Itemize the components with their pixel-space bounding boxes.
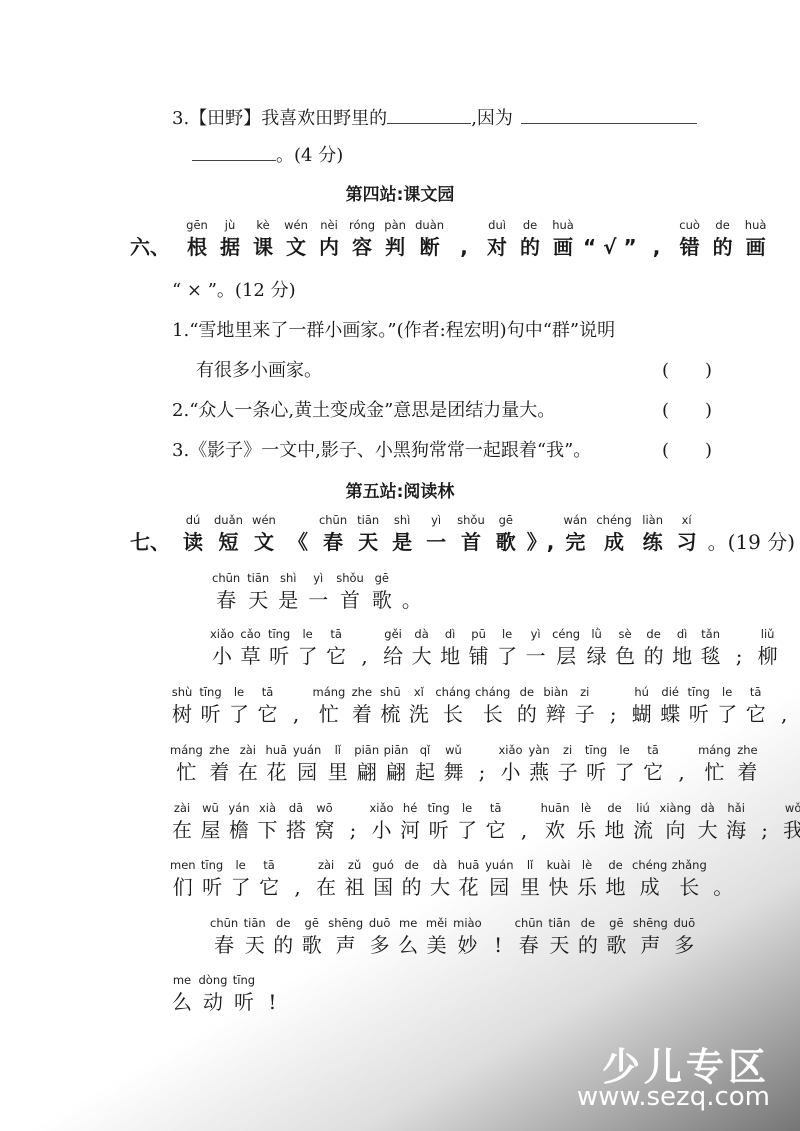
pinyin-char: xiǎo小 <box>210 626 234 670</box>
pinyin: dà <box>414 626 428 642</box>
punctuation: ; <box>601 684 625 728</box>
pinyin: zhe <box>209 742 229 758</box>
hanzi: 据 <box>220 233 240 261</box>
punctuation: , <box>670 742 694 786</box>
pinyin-char: guó国 <box>371 857 395 901</box>
pinyin-char: wǒ我 <box>781 800 800 844</box>
hanzi: 么 <box>398 931 418 959</box>
pinyin: zhǎng <box>672 857 707 873</box>
pinyin-char: le了 <box>613 742 637 786</box>
hanzi: 长 <box>443 700 463 728</box>
pinyin: tā <box>330 626 342 642</box>
pinyin-char: yì一 <box>306 570 330 614</box>
hanzi: 长 <box>483 700 503 728</box>
hanzi: 听 <box>689 700 709 728</box>
question-text: ,因为 <box>471 108 513 129</box>
pinyin-char: de的 <box>517 217 543 261</box>
pinyin: hǎi <box>727 800 745 816</box>
hanzi: 大 <box>430 873 450 901</box>
pinyin-char: tā它 <box>256 684 280 728</box>
hanzi: 屋 <box>201 816 221 844</box>
pinyin-char: jù据 <box>217 217 243 261</box>
punctuation: , <box>353 626 377 670</box>
hanzi: 听 <box>234 988 254 1016</box>
pinyin-char: zhe着 <box>207 742 231 786</box>
pinyin: guó <box>372 857 394 873</box>
pinyin-char: huà画 <box>550 217 576 261</box>
punctuation: ! <box>260 972 284 1016</box>
pinyin: dié <box>661 684 679 700</box>
pinyin: le <box>502 626 512 642</box>
question-3-line1: 3.【田野】我喜欢田野里的,因为 <box>172 104 697 130</box>
pinyin-char: qǐ起 <box>413 742 437 786</box>
pinyin: pū <box>471 626 486 642</box>
pinyin-char: róng容 <box>349 217 375 261</box>
pinyin: wén <box>252 512 276 528</box>
hanzi: 海 <box>726 816 746 844</box>
pinyin-char: xiàng向 <box>660 800 692 844</box>
pinyin-char: tiān天 <box>246 570 270 614</box>
hanzi: 歌 <box>302 931 322 959</box>
hanzi: ; <box>736 642 743 670</box>
hanzi: 成 <box>604 528 624 556</box>
answer-box-1[interactable]: ( ) <box>662 356 712 382</box>
hanzi: 歌 <box>372 586 392 614</box>
pinyin-char: duō多 <box>368 915 392 959</box>
pinyin-char: hǎi海 <box>724 800 748 844</box>
hanzi: 的 <box>520 233 540 261</box>
pinyin-char: tīng听 <box>267 626 291 670</box>
punctuation: , <box>644 217 670 261</box>
pinyin: cǎo <box>240 626 260 642</box>
pinyin: piān <box>354 742 379 758</box>
hanzi: 练 <box>643 528 663 556</box>
hanzi: 小 <box>212 642 232 670</box>
pinyin: duì <box>488 217 506 233</box>
pinyin: nèi <box>320 217 338 233</box>
item-text: “雪地里来了一群小画家。”(作者:程宏明)句中“群”说明 <box>189 320 615 341</box>
pinyin-char: le了 <box>715 684 739 728</box>
hanzi: 层 <box>556 642 576 670</box>
pinyin-char: yì一 <box>524 626 548 670</box>
item-number: 2. <box>172 400 189 421</box>
pinyin: huā <box>458 857 480 873</box>
pinyin-char: máng忙 <box>313 684 346 728</box>
pinyin: tiān <box>244 915 266 931</box>
hanzi: 祖 <box>345 873 365 901</box>
hanzi: 文 <box>286 233 306 261</box>
hanzi: 《 <box>288 528 308 556</box>
pinyin: chūn <box>319 512 347 528</box>
hanzi: 短 <box>218 528 238 556</box>
pinyin: lè <box>582 857 592 873</box>
pinyin-char: lè乐 <box>575 857 599 901</box>
pinyin-char: liàn练 <box>640 512 666 556</box>
hanzi: 翩 <box>357 758 377 786</box>
pinyin: shì <box>394 512 410 528</box>
pinyin-char: le了 <box>455 800 479 844</box>
pinyin: duō <box>369 915 391 931</box>
pinyin-char: dì地 <box>670 626 694 670</box>
pinyin-char: zhe着 <box>350 684 374 728</box>
passage-line-7: me么dòng动tīng听! <box>170 972 289 1016</box>
pinyin: lè <box>581 800 591 816</box>
pinyin: céng <box>552 626 580 642</box>
pinyin: huān <box>541 800 570 816</box>
hanzi: 画 <box>553 233 573 261</box>
hanzi: 的 <box>517 700 537 728</box>
hanzi: 花 <box>459 873 479 901</box>
hanzi: , <box>293 700 299 728</box>
pinyin: tīng <box>233 972 255 988</box>
hanzi: 辫 <box>546 700 566 728</box>
passage-title: chūn春tiān天shì是yì一shǒu首gē歌。 <box>212 570 430 614</box>
pinyin: tīng <box>688 684 710 700</box>
pinyin: men <box>170 857 196 873</box>
pinyin: jù <box>225 217 235 233</box>
pinyin: zǔ <box>348 857 361 873</box>
hanzi: 树 <box>172 700 192 728</box>
hanzi: 内 <box>319 233 339 261</box>
pinyin-char: shù树 <box>170 684 194 728</box>
hanzi: 忙 <box>319 700 339 728</box>
pinyin-char: liǔ柳 <box>756 626 780 670</box>
pinyin-char: wén文 <box>283 217 309 261</box>
hanzi: 美 <box>427 931 447 959</box>
pinyin-char: shì是 <box>389 512 415 556</box>
passage-line-4: zài在wū屋yán檐xià下dā搭wō窝;xiǎo小hé河tīng听le了tā… <box>170 800 800 844</box>
pinyin-char: dòng动 <box>199 972 228 1016</box>
pinyin-char: shēng声 <box>633 915 668 959</box>
pinyin: le <box>619 742 629 758</box>
pinyin: duǎn <box>214 512 243 528</box>
hanzi: 下 <box>258 816 278 844</box>
pinyin: chéng <box>596 512 631 528</box>
pinyin: yàn <box>528 742 549 758</box>
pinyin-char: cháng长 <box>475 684 510 728</box>
pinyin-char: de的 <box>576 915 600 959</box>
pinyin-char: gē歌 <box>604 915 628 959</box>
pinyin: tǎn <box>701 626 720 642</box>
pinyin: dú <box>186 512 201 528</box>
pinyin: de <box>646 626 660 642</box>
pinyin: kuài <box>547 857 571 873</box>
pinyin-char: duō多 <box>672 915 696 959</box>
pinyin-char: yán檐 <box>227 800 251 844</box>
punctuation: , <box>284 684 308 728</box>
pinyin: lǐ <box>527 857 533 873</box>
pinyin: gēn <box>186 217 208 233</box>
pinyin-char: le了 <box>229 857 253 901</box>
hanzi: 了 <box>231 873 251 901</box>
hanzi: 容 <box>352 233 372 261</box>
pinyin-char: máng忙 <box>170 742 203 786</box>
pinyin: xǐ <box>414 684 424 700</box>
punctuation: “ √ ” <box>583 217 637 261</box>
pinyin: de <box>581 915 595 931</box>
pinyin: duàn <box>415 217 444 233</box>
pinyin: cháng <box>435 684 470 700</box>
hanzi: 对 <box>487 233 507 261</box>
hanzi: 听 <box>201 700 221 728</box>
pinyin-char: le了 <box>296 626 320 670</box>
hanzi: 的 <box>402 873 422 901</box>
hanzi: 我 <box>783 816 800 844</box>
pinyin: dì <box>677 626 688 642</box>
hanzi: 多 <box>370 931 390 959</box>
pinyin: de <box>523 217 537 233</box>
score-text: 。(4 分) <box>276 145 343 166</box>
pinyin: yì <box>531 626 541 642</box>
pinyin-char: tiān天 <box>243 915 267 959</box>
hanzi: 完 <box>565 528 585 556</box>
hanzi: 燕 <box>529 758 549 786</box>
hanzi: ; <box>610 700 617 728</box>
hanzi: 了 <box>229 700 249 728</box>
hanzi: 舞 <box>443 758 463 786</box>
hanzi: 蝶 <box>660 700 680 728</box>
watermark-url: www.sezq.com <box>577 1082 770 1112</box>
pinyin: xià <box>259 800 276 816</box>
hanzi: 蝴 <box>632 700 652 728</box>
pinyin-char: máng忙 <box>698 742 731 786</box>
pinyin: chūn <box>515 915 543 931</box>
pinyin-char: zài在 <box>236 742 260 786</box>
pinyin: le <box>235 857 245 873</box>
pinyin: gē <box>305 915 319 931</box>
hanzi: 河 <box>400 816 420 844</box>
passage-line-2: shù树tīng听le了tā它,máng忙zhe着shū梳xǐ洗cháng长ch… <box>170 684 800 728</box>
question-number: 七、 <box>130 528 170 556</box>
pinyin-char: shū梳 <box>378 684 402 728</box>
hanzi: 错 <box>680 233 700 261</box>
pinyin-char: hé河 <box>398 800 422 844</box>
hanzi: 了 <box>615 758 635 786</box>
pinyin-char: shǒu首 <box>336 570 364 614</box>
punctuation: 。 <box>400 570 424 614</box>
pinyin: máng <box>698 742 731 758</box>
hanzi: 的 <box>578 931 598 959</box>
pinyin-char: chūn春 <box>515 915 543 959</box>
pinyin-char: lǐ里 <box>518 857 542 901</box>
hanzi: 檐 <box>229 816 249 844</box>
hanzi: 。 <box>713 873 733 901</box>
answer-box-3[interactable]: ( ) <box>662 436 712 462</box>
pinyin-char: men们 <box>170 857 196 901</box>
pinyin: wō <box>316 800 332 816</box>
pinyin-char: shǒu首 <box>457 512 485 556</box>
hanzi: 给 <box>383 642 403 670</box>
hanzi: 春 <box>323 528 343 556</box>
hanzi: 忙 <box>176 758 196 786</box>
pinyin: tiān <box>548 915 570 931</box>
judge-item-3: 3.《影子》一文中,影子、小黑狗常常一起跟着“我”。 <box>172 436 591 462</box>
hanzi: 花 <box>266 758 286 786</box>
pinyin: wǒ <box>785 800 800 816</box>
hanzi: 听 <box>202 873 222 901</box>
pinyin-char: tǎn毯 <box>699 626 723 670</box>
answer-box-2[interactable]: ( ) <box>662 396 712 422</box>
pinyin-char: biàn辫 <box>543 684 568 728</box>
hanzi: 妙 <box>457 931 477 959</box>
judge-item-1-line2: 有很多小画家。 <box>196 356 322 382</box>
hanzi: 们 <box>173 873 193 901</box>
pinyin: shù <box>172 684 193 700</box>
pinyin: wán <box>563 512 587 528</box>
pinyin-char: yuán园 <box>293 742 321 786</box>
pinyin-char: chūn春 <box>210 915 238 959</box>
question-tag: 【田野】 <box>189 108 261 129</box>
pinyin: piān <box>384 742 409 758</box>
question-7-heading: 七、 dú读duǎn短wén文《chūn春tiān天shì是yì一shǒu首gē… <box>130 512 795 556</box>
pinyin-char: tīng听 <box>687 684 711 728</box>
punctuation: 》, <box>527 512 555 556</box>
pinyin: wū <box>202 800 219 816</box>
pinyin-char: de的 <box>710 217 736 261</box>
pinyin-char: yì一 <box>423 512 449 556</box>
hanzi: 窝 <box>315 816 335 844</box>
hanzi: 声 <box>336 931 356 959</box>
pinyin: de <box>607 800 621 816</box>
pinyin-char: tīng听 <box>200 857 224 901</box>
pinyin: de <box>608 857 622 873</box>
pinyin-char: liú流 <box>631 800 655 844</box>
pinyin-char: nèi内 <box>316 217 342 261</box>
hanzi: 向 <box>665 816 685 844</box>
pinyin: yuán <box>293 742 321 758</box>
pinyin-char: kè课 <box>250 217 276 261</box>
pinyin: chéng <box>632 857 667 873</box>
hanzi: , <box>521 816 527 844</box>
hanzi: ! <box>268 988 276 1016</box>
station-4-title: 第四站:课文园 <box>0 180 800 205</box>
pinyin: měi <box>426 915 447 931</box>
pinyin: sè <box>619 626 632 642</box>
pinyin-char: wán完 <box>562 512 588 556</box>
pinyin-char: duǎn短 <box>214 512 243 556</box>
pinyin: xiǎo <box>370 800 394 816</box>
hanzi: 忙 <box>704 758 724 786</box>
pinyin: tīng <box>199 684 221 700</box>
pinyin-char: xià下 <box>256 800 280 844</box>
pinyin: gē <box>499 512 513 528</box>
pinyin-char: chéng成 <box>596 512 631 556</box>
hanzi: 梳 <box>380 700 400 728</box>
pinyin-char: dā搭 <box>284 800 308 844</box>
answer-blank-3[interactable] <box>192 159 276 161</box>
hanzi: 着 <box>737 758 757 786</box>
hanzi: 的 <box>713 233 733 261</box>
pinyin-char: zài在 <box>314 857 338 901</box>
hanzi: 翩 <box>386 758 406 786</box>
punctuation: , <box>772 684 796 728</box>
pinyin-char: tā它 <box>641 742 665 786</box>
question-number: 六、 <box>130 233 170 261</box>
passage-line-5: men们tīng听le了tā它,zài在zǔ祖guó国de的dà大huā花yuá… <box>170 857 740 901</box>
pinyin-char: tīng听 <box>232 972 256 1016</box>
hanzi: 的 <box>644 642 664 670</box>
pinyin-char: tiān天 <box>547 915 571 959</box>
hanzi: 欢 <box>545 816 565 844</box>
answer-blank-1[interactable] <box>387 122 471 124</box>
hanzi: 小 <box>372 816 392 844</box>
pinyin-char: huān欢 <box>541 800 570 844</box>
hanzi: 在 <box>316 873 336 901</box>
pinyin: de <box>404 857 418 873</box>
hanzi: 子 <box>575 700 595 728</box>
pinyin-char: cǎo草 <box>239 626 263 670</box>
hanzi: 园 <box>489 873 509 901</box>
hanzi: 一 <box>426 528 446 556</box>
pinyin: kè <box>256 217 269 233</box>
hanzi: 地 <box>606 873 626 901</box>
hanzi: 在 <box>238 758 258 786</box>
pinyin-char: duàn断 <box>415 217 444 261</box>
pinyin: lǐ <box>335 742 341 758</box>
question-3-line2: 。(4 分) <box>192 141 343 167</box>
hanzi: 断 <box>420 233 440 261</box>
score-text: 。(19 分) <box>708 512 795 556</box>
pinyin-char: xǐ洗 <box>407 684 431 728</box>
hanzi: 地 <box>440 642 460 670</box>
pinyin: de <box>520 684 534 700</box>
pinyin: gē <box>375 570 389 586</box>
pinyin-char: me么 <box>170 972 194 1016</box>
item-number: 1. <box>172 320 189 341</box>
score: 。(19 分) <box>708 528 795 556</box>
hanzi: 一 <box>308 586 328 614</box>
pinyin: tīng <box>268 626 290 642</box>
pinyin: gē <box>609 915 623 931</box>
punctuation: 《 <box>285 512 311 556</box>
pinyin: tiān <box>247 570 269 586</box>
pinyin-char: tiān天 <box>355 512 381 556</box>
pinyin: yán <box>228 800 249 816</box>
pinyin: máng <box>170 742 203 758</box>
pinyin: wǔ <box>445 742 462 758</box>
hanzi: 它 <box>643 758 663 786</box>
pinyin-char: gēn根 <box>184 217 210 261</box>
pinyin: zi <box>580 684 589 700</box>
hanzi: 园 <box>297 758 317 786</box>
pinyin: tā <box>490 800 502 816</box>
passage-line-6: chūn春tiān天de的gē歌shēng声duō多me么měi美miào妙!c… <box>210 915 701 959</box>
pinyin: tā <box>262 684 274 700</box>
answer-blank-2[interactable] <box>521 122 697 124</box>
pinyin: zi <box>563 742 572 758</box>
pinyin-char: miào妙 <box>453 915 481 959</box>
pinyin: xiǎo <box>498 742 522 758</box>
punctuation: 。 <box>711 857 735 901</box>
hanzi: 根 <box>187 233 207 261</box>
pinyin-char: me么 <box>396 915 420 959</box>
pinyin-char: zhǎng长 <box>672 857 707 901</box>
pinyin-char: de地 <box>603 800 627 844</box>
hanzi: 着 <box>352 700 372 728</box>
pinyin: liú <box>636 800 650 816</box>
pinyin-char: de的 <box>642 626 666 670</box>
hanzi: 读 <box>183 528 203 556</box>
hanzi: 听 <box>429 816 449 844</box>
pinyin-char: piān翩 <box>354 742 379 786</box>
hanzi: 天 <box>358 528 378 556</box>
hanzi: 它 <box>258 700 278 728</box>
pinyin-char: de的 <box>271 915 295 959</box>
pinyin: liàn <box>642 512 663 528</box>
pinyin-char: chéng成 <box>632 857 667 901</box>
item-text: 《影子》一文中,影子、小黑狗常常一起跟着“我”。 <box>189 440 591 461</box>
pinyin-char: cháng长 <box>435 684 470 728</box>
